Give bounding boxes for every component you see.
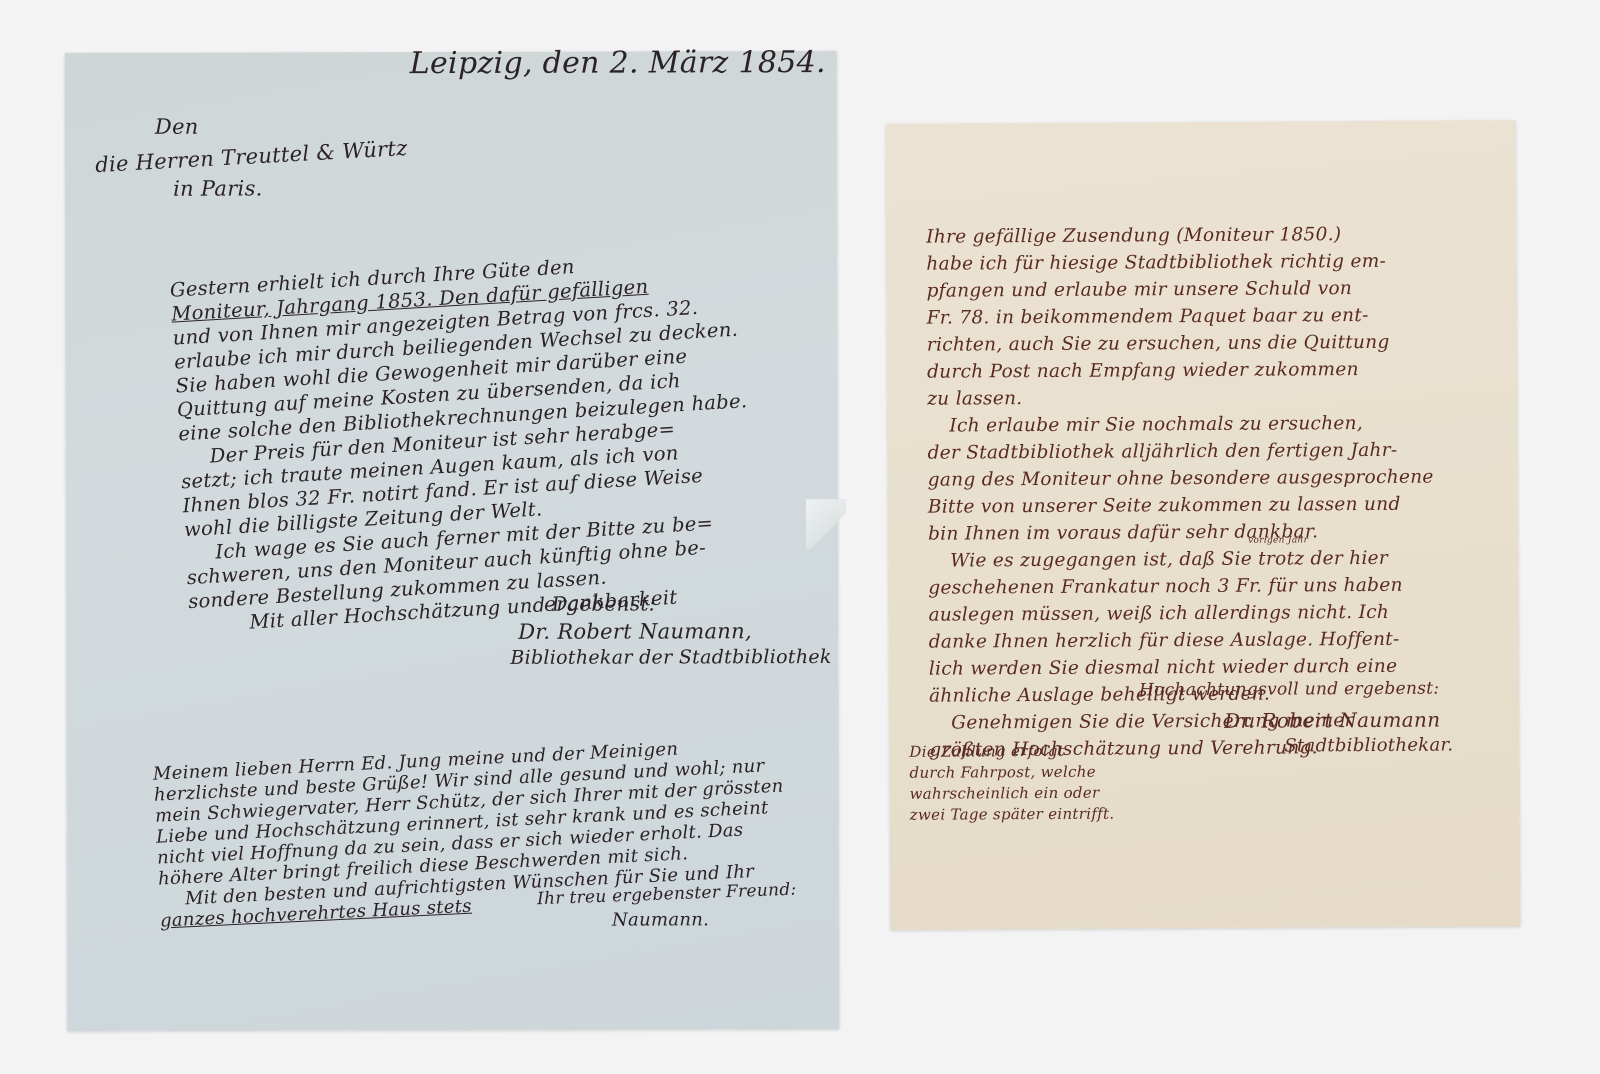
signature-title: Stadtbibliothekar.	[1284, 734, 1453, 756]
body-line: Ich erlaube mir Sie nochmals zu ersuchen…	[949, 410, 1363, 440]
body-line: Ihre gefällige Zusendung (Moniteur 1850.…	[926, 221, 1341, 251]
ps-line: Die Zahlung erfolgt	[909, 741, 1064, 763]
signature: Dr. Robert Naumann,	[518, 619, 752, 644]
left-letter-sheet: Leipzig, den 2. März 1854. Den die Herre…	[65, 51, 840, 1031]
body-line: danke Ihnen herzlich für diese Auslage. …	[929, 626, 1400, 656]
right-letter-sheet: Ihre gefällige Zusendung (Moniteur 1850.…	[886, 120, 1521, 930]
signature: Dr. Robert Naumann	[1224, 708, 1440, 733]
closing: ergebenst:	[544, 591, 656, 615]
interlinear-note: vorigen Jahr	[1248, 535, 1308, 545]
signature-title: Bibliothekar der Stadtbibliothek	[510, 646, 831, 669]
body-line: geschehenen Frankatur noch 3 Fr. für uns…	[928, 572, 1403, 602]
ps-line: durch Fahrpost, welche	[909, 762, 1095, 784]
body-line: pfangen und erlaube mir unsere Schuld vo…	[926, 275, 1352, 305]
body-line: auslegen müssen, weiß ich allerdings nic…	[928, 599, 1389, 629]
body-line: richten, auch Sie zu ersuchen, uns die Q…	[927, 329, 1390, 359]
dateline: Leipzig, den 2. März 1854.	[410, 45, 826, 81]
body-line: durch Post nach Empfang wieder zukommen	[927, 356, 1359, 386]
body-line: Wie es zugegangen ist, daß Sie trotz der…	[950, 545, 1388, 575]
ps-line: wahrscheinlich ein oder	[910, 783, 1100, 805]
ps-signature: Naumann.	[612, 909, 709, 930]
body-line: Bitte von unserer Seite zukommen zu lass…	[928, 491, 1401, 521]
body-line: gang des Moniteur ohne besondere ausgesp…	[928, 464, 1434, 494]
body-line: Fr. 78. in beikommendem Paquet baar zu e…	[927, 302, 1369, 332]
folded-corner	[806, 499, 846, 549]
address-line: Den	[155, 115, 199, 139]
closing: Hochachtungsvoll und ergebenst:	[1139, 679, 1439, 701]
ps-line: zwei Tage später eintrifft.	[910, 804, 1115, 826]
body-line: zu lassen.	[927, 385, 1022, 413]
address-line: in Paris.	[173, 176, 263, 200]
body-line: habe ich für hiesige Stadtbibliothek ric…	[926, 248, 1386, 278]
body-line: der Stadtbibliothek alljährlich den fert…	[927, 437, 1397, 467]
address-line: die Herren Treuttel & Würtz	[95, 136, 409, 177]
